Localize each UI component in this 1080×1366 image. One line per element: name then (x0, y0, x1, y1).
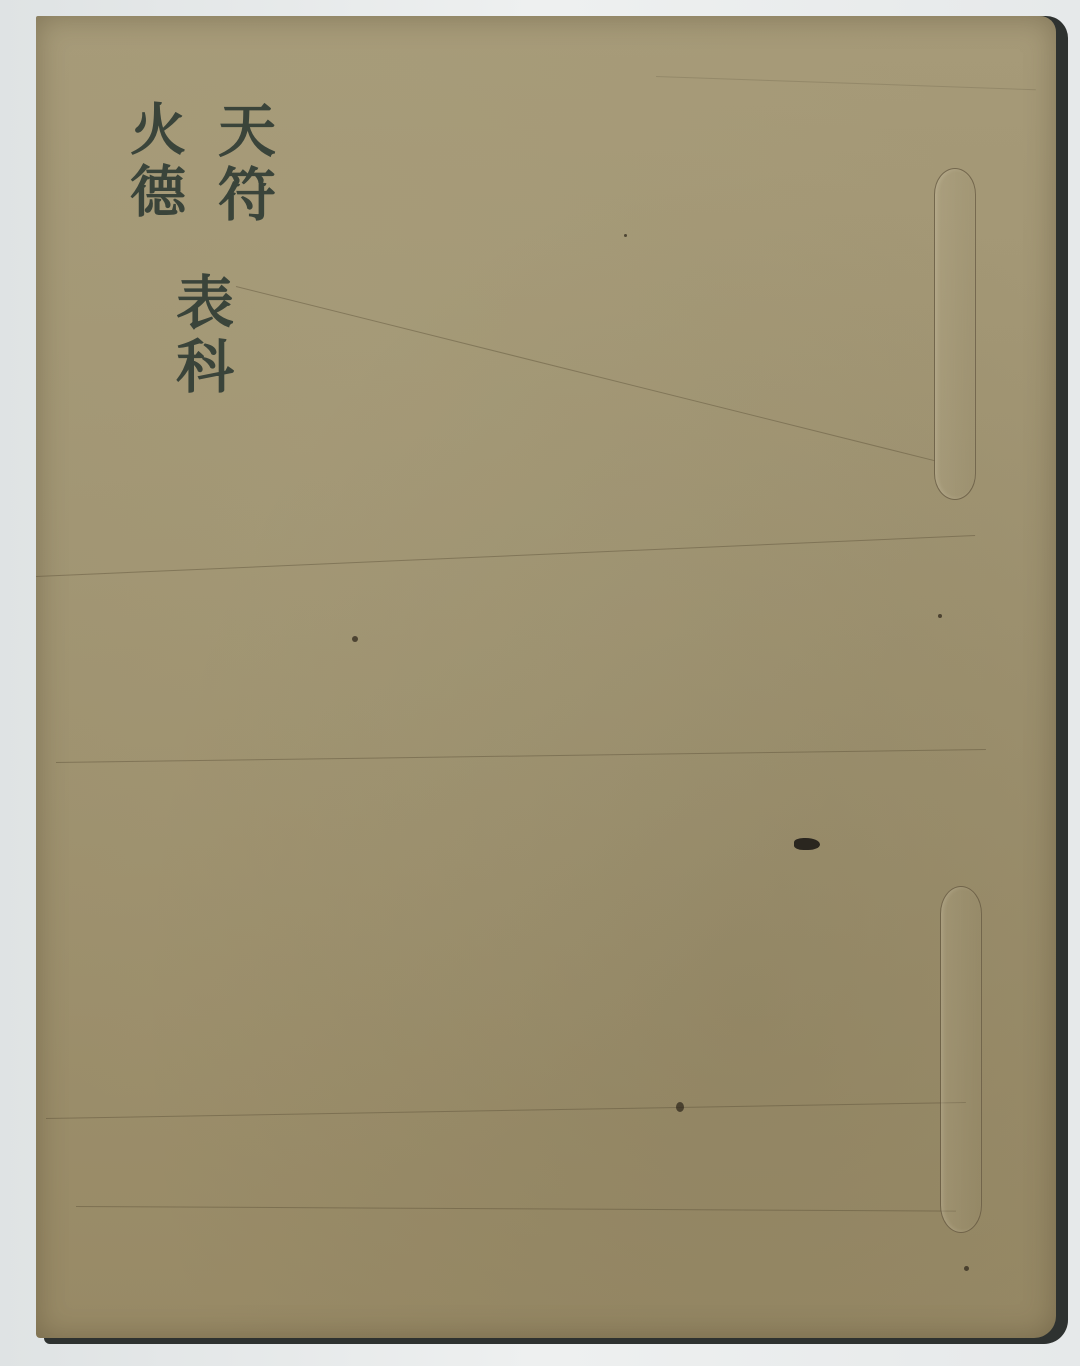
binding-thread-top (934, 168, 976, 500)
crease (36, 535, 975, 577)
crease (656, 76, 1036, 90)
spot (624, 234, 627, 237)
title-column-lower: 表科 (158, 272, 242, 400)
title-column-right: 天符 (200, 100, 284, 228)
ink-stain (794, 838, 820, 850)
book-cover: 天符 火德 表科 (36, 16, 1056, 1338)
spot (352, 636, 358, 642)
binding-thread-bottom (940, 886, 982, 1233)
spot (676, 1102, 684, 1112)
title-column-left: 火德 (114, 100, 194, 224)
crease (46, 1102, 966, 1119)
spot (964, 1266, 969, 1271)
spot (938, 614, 942, 618)
crease (236, 286, 935, 461)
crease (56, 749, 986, 763)
crease (76, 1206, 956, 1212)
